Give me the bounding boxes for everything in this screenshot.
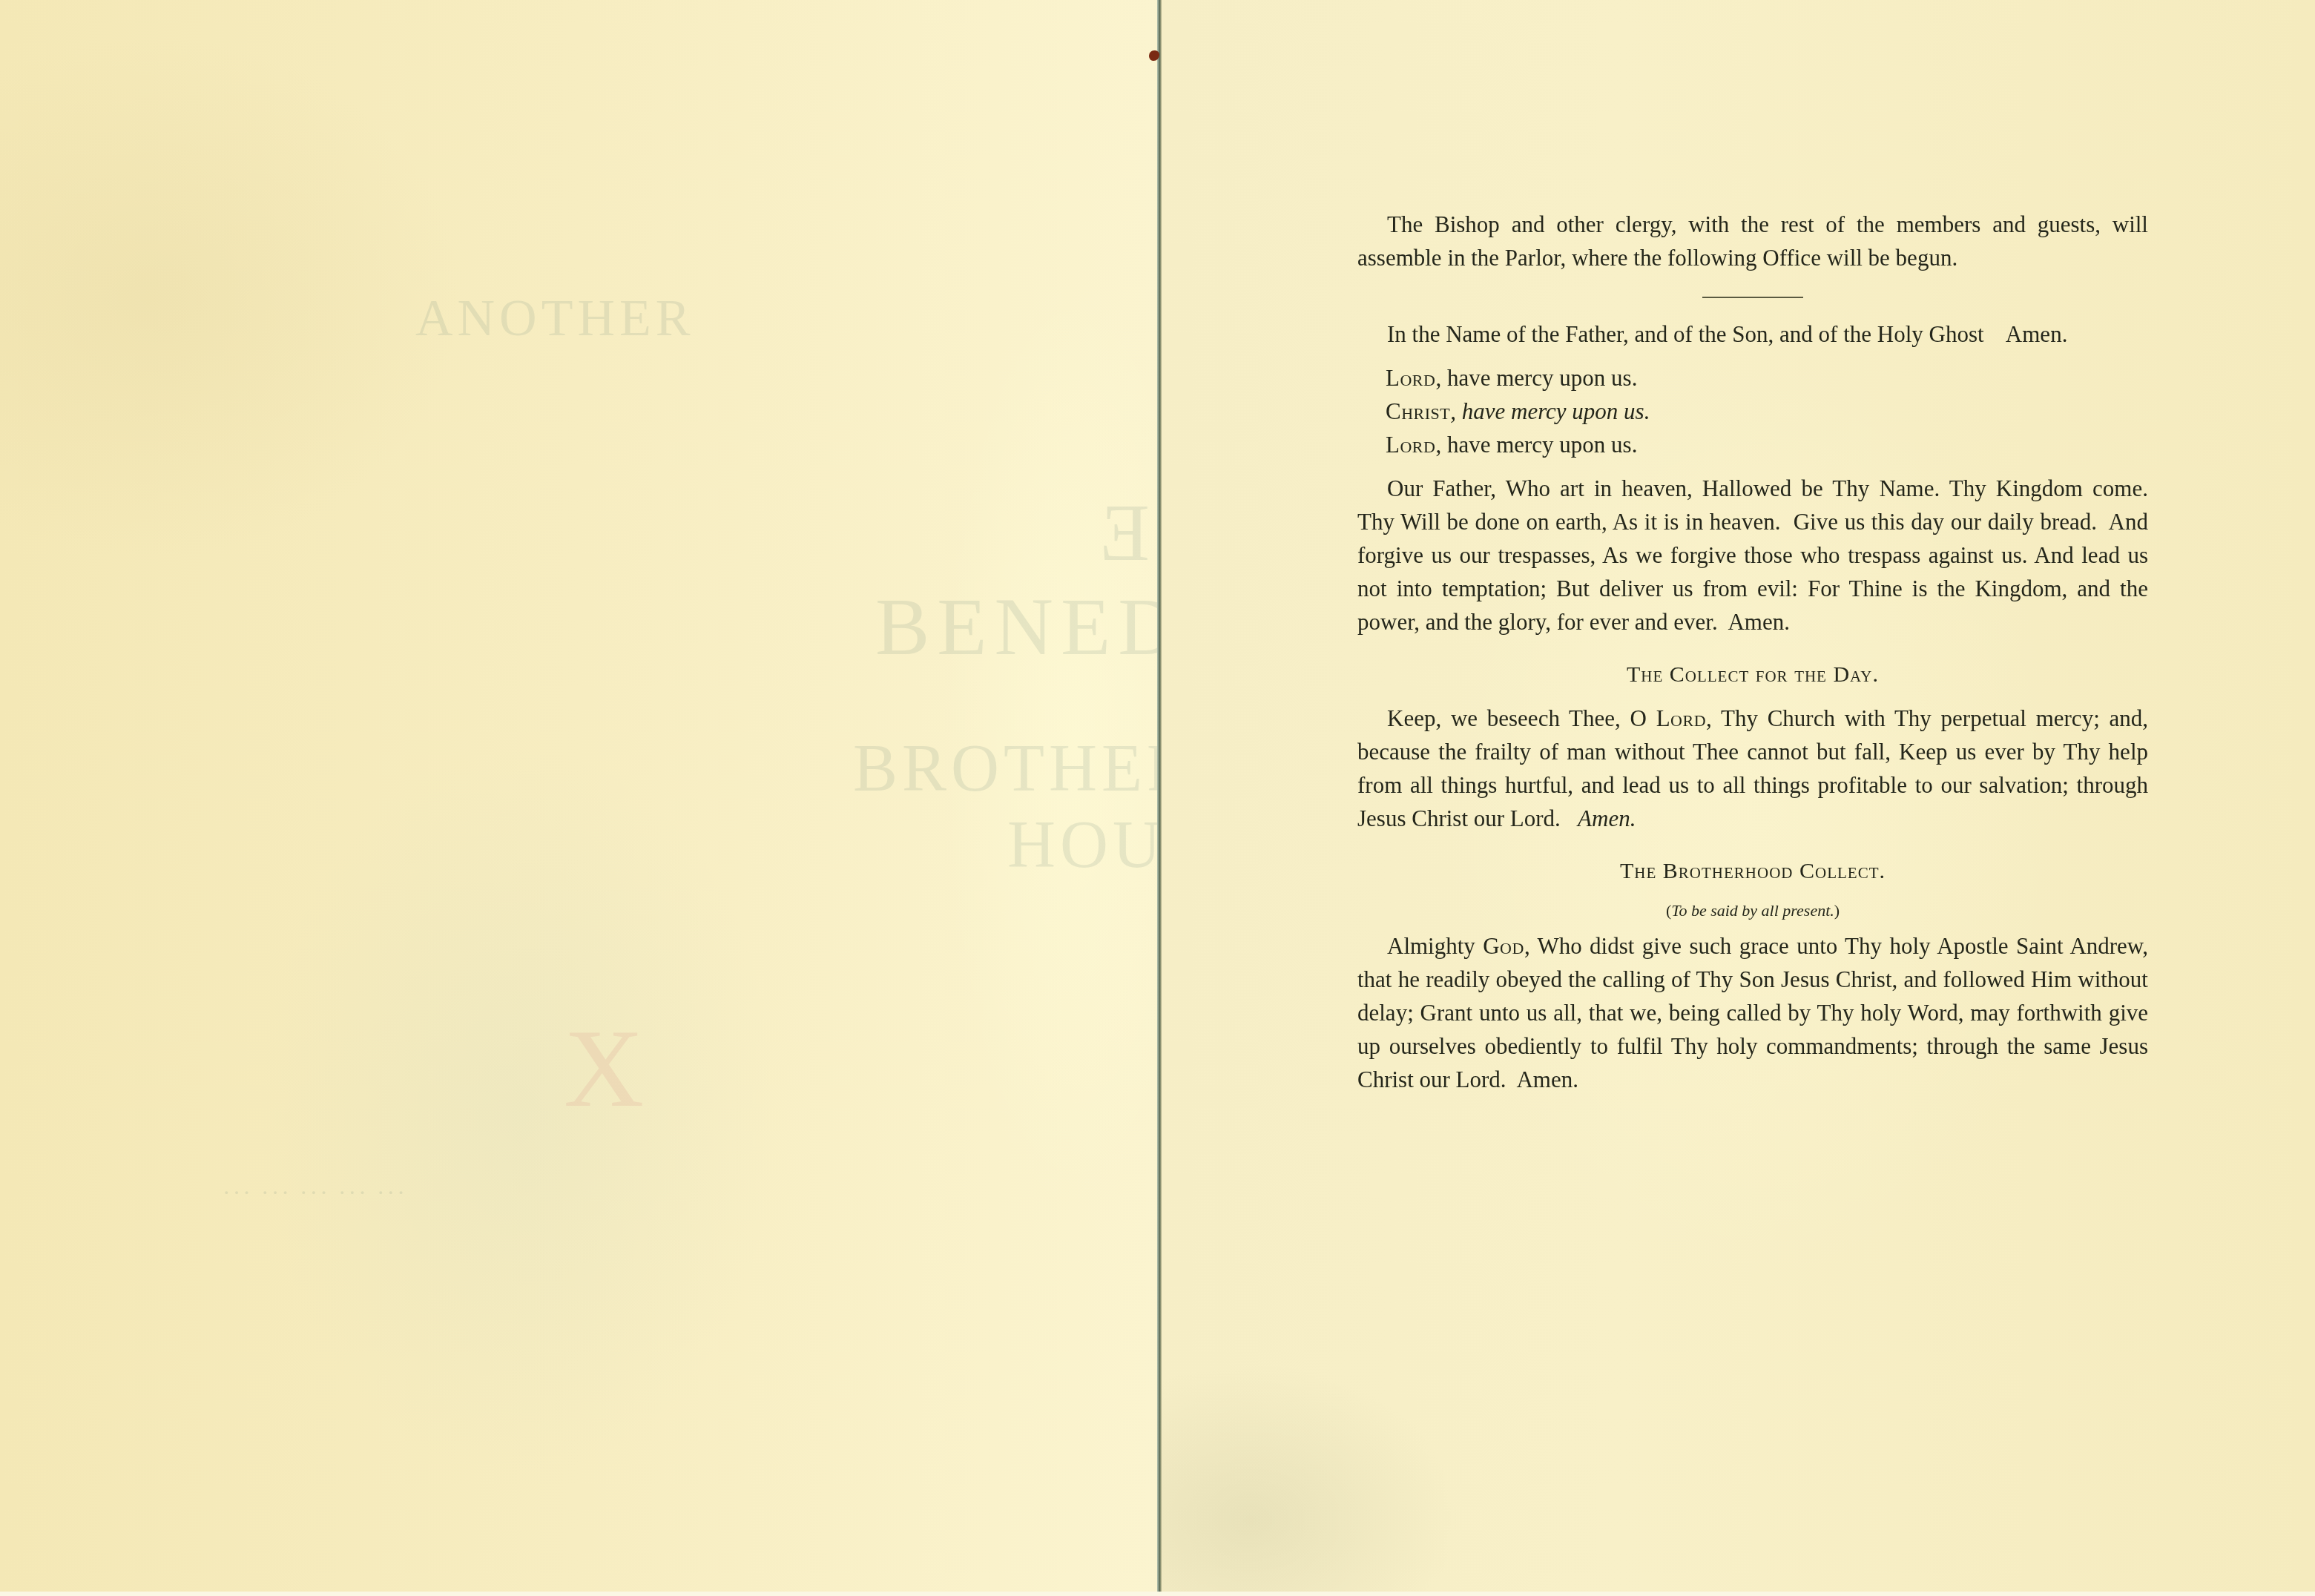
rubric-close-paren: ) — [1834, 901, 1840, 920]
collect-amen: Amen. — [1578, 805, 1636, 831]
show-through-ghost-text: ANOTHER ƎHT BENEDICTION BROTHERHOOD HOUS… — [0, 0, 1159, 1596]
collect-for-day-text: Keep, we beseech Thee, O Lord, Thy Churc… — [1357, 702, 2148, 835]
invocation: In the Name of the Father, and of the So… — [1357, 317, 2148, 351]
brotherhood-collect-text: Almighty God, Who didst give such grace … — [1357, 929, 2148, 1096]
page-text: The Bishop and other clergy, with the re… — [1357, 208, 2148, 1096]
versicle-2-text: , have mercy upon us. — [1450, 398, 1650, 424]
brotherhood-text-part-1: Almighty — [1387, 933, 1483, 959]
versicle-1-lord: Lord — [1386, 365, 1435, 391]
intro-rubric: The Bishop and other clergy, with the re… — [1357, 208, 2148, 274]
lords-prayer: Our Father, Who art in heaven, Hallowed … — [1357, 472, 2148, 639]
brotherhood-collect-heading: The Brotherhood Collect. — [1357, 854, 2148, 888]
right-page: The Bishop and other clergy, with the re… — [1162, 0, 2315, 1596]
collect-for-day-heading: The Collect for the Day. — [1357, 658, 2148, 691]
brotherhood-rubric: (To be said by all present.) — [1357, 898, 2148, 923]
document-spread: ANOTHER ƎHT BENEDICTION BROTHERHOOD HOUS… — [0, 0, 2315, 1596]
collect-lord: Lord — [1656, 705, 1706, 731]
collect-text-part-1: Keep, we beseech Thee, O — [1387, 705, 1656, 731]
versicle-3: Lord, have mercy upon us. — [1386, 428, 2148, 461]
page-bottom-edge — [0, 1592, 2315, 1596]
kyrie-versicles: Lord, have mercy upon us. Christ, have m… — [1386, 361, 2148, 461]
separator-rule — [1702, 297, 1803, 298]
rubric-text: To be said by all present. — [1671, 901, 1834, 920]
versicle-1-text: , have mercy upon us. — [1435, 365, 1637, 391]
brotherhood-god: God — [1483, 933, 1524, 959]
left-page: ANOTHER ƎHT BENEDICTION BROTHERHOOD HOUS… — [0, 0, 1159, 1596]
versicle-1: Lord, have mercy upon us. — [1386, 361, 2148, 395]
versicle-3-text: , have mercy upon us. — [1435, 432, 1637, 458]
versicle-3-lord: Lord — [1386, 432, 1435, 458]
versicle-2: Christ, have mercy upon us. — [1386, 395, 2148, 428]
versicle-2-christ: Christ — [1386, 398, 1450, 424]
